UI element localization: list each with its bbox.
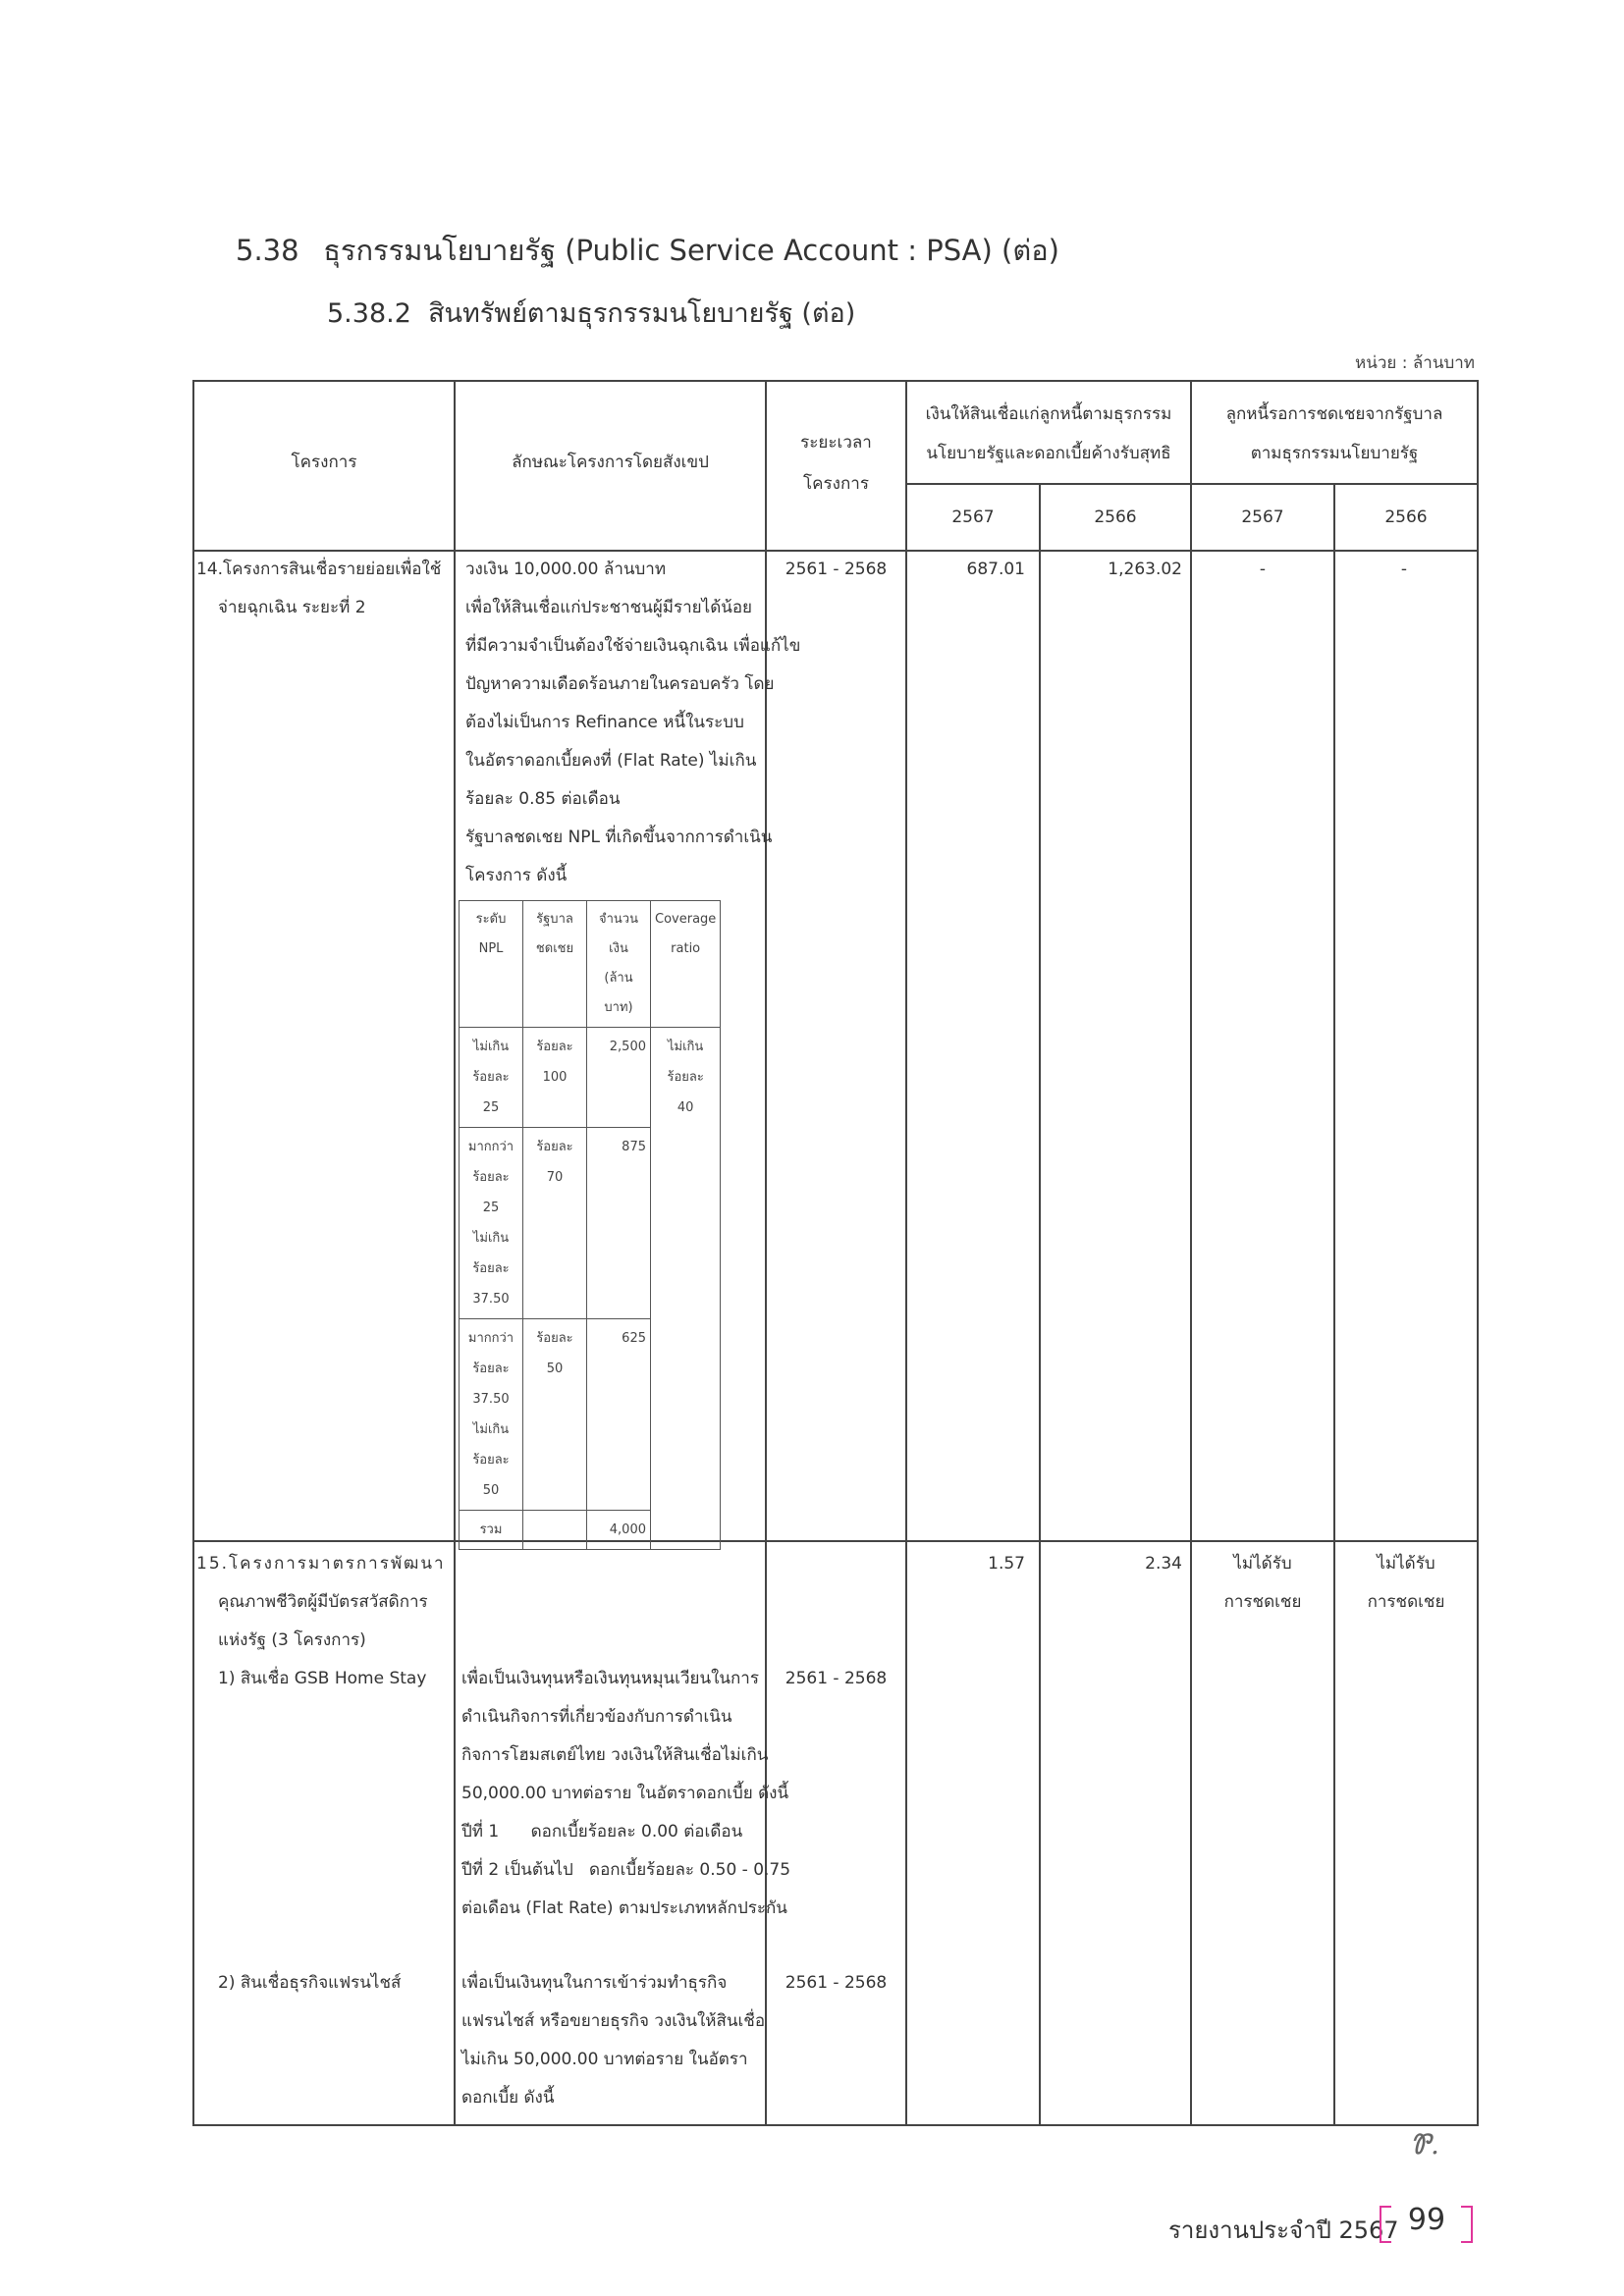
description-line: ที่มีความจำเป็นต้องใช้จ่ายเงินฉุกเฉิน เพ… — [465, 627, 800, 666]
npl-cell-text: ร้อยละ — [527, 1032, 582, 1062]
npl-cell-text: ระดับ — [463, 905, 518, 934]
npl-table-header: ระดับNPL รัฐบาลชดเชย จำนวนเงิน(ล้านบาท) … — [460, 901, 721, 1028]
project-name: 15.โครงการมาตรการพัฒนา — [196, 1545, 446, 1583]
header-year-loans-2566: 2566 — [1041, 499, 1190, 536]
npl-cell-text: 40 — [655, 1093, 716, 1123]
npl-cell-text: 50 — [527, 1354, 582, 1384]
npl-cell-text: รวม — [463, 1515, 518, 1545]
description-line: ต่อเดือน (Flat Rate) ตามประเภทหลักประกัน — [461, 1890, 787, 1928]
header-description: ลักษณะโครงการโดยสังเขป — [456, 444, 765, 481]
npl-header-compensation: รัฐบาลชดเชย — [523, 901, 587, 1028]
subproject-name: 2) สินเชื่อธุรกิจแฟรนไชส์ — [218, 1964, 401, 2002]
npl-cell-text: 50 — [463, 1475, 518, 1506]
npl-cell-text: ร้อยละ — [463, 1445, 518, 1475]
npl-cell-text: 70 — [527, 1162, 582, 1193]
header-subdivider — [905, 483, 1479, 485]
npl-cell-text: ร้อยละ — [463, 1062, 518, 1093]
col-border-7 — [1477, 380, 1479, 2126]
description-line: แฟรนไชส์ หรือขยายธุรกิจ วงเงินให้สินเชื่… — [461, 2002, 765, 2041]
npl-cell-text: ไม่เกิน — [463, 1032, 518, 1062]
receivable-2566: ไม่ได้รับ — [1335, 1545, 1477, 1583]
page-number: 99 — [1402, 2203, 1451, 2237]
npl-cell-text: ร้อยละ — [463, 1162, 518, 1193]
loans-2566: 2.34 — [1041, 1545, 1182, 1583]
npl-coverage-ratio: ไม่เกินร้อยละ40 — [651, 1028, 721, 1550]
npl-cell-text: NPL — [463, 934, 518, 964]
description-line: วงเงิน 10,000.00 ล้านบาท — [465, 551, 666, 589]
description-line: เพื่อเป็นเงินทุนในการเข้าร่วมทำธุรกิจ — [461, 1964, 727, 2002]
header-receivable-1: ลูกหนี้รอการชดเชยจากรัฐบาล — [1192, 396, 1477, 433]
npl-cell-text: 4,000 — [591, 1515, 646, 1545]
npl-cell-text: ชดเชย — [527, 934, 582, 964]
receivable-2566-cont: การชดเชย — [1335, 1583, 1477, 1622]
npl-table-cell: ร้อยละ70 — [523, 1128, 587, 1319]
npl-cell-text: จำนวนเงิน — [591, 905, 646, 964]
npl-cell-text: 37.50 — [463, 1284, 518, 1314]
npl-cell-text: มากกว่า — [463, 1323, 518, 1354]
npl-table-cell: มากกว่าร้อยละ25ไม่เกินร้อยละ37.50 — [460, 1128, 523, 1319]
header-period-2: โครงการ — [767, 465, 905, 503]
npl-table-cell: ไม่เกินร้อยละ25 — [460, 1028, 523, 1128]
npl-cell-text: ร้อยละ — [527, 1132, 582, 1162]
npl-header-level: ระดับNPL — [460, 901, 523, 1028]
description-line: ปัญหาความเดือดร้อนภายในครอบครัว โดย — [465, 666, 774, 704]
col-border-1 — [454, 380, 456, 2126]
npl-cell-text: ไม่เกิน — [655, 1032, 716, 1062]
loans-2567: 687.01 — [907, 551, 1025, 589]
npl-cell-text: ร้อยละ — [655, 1062, 716, 1093]
npl-cell-text: ร้อยละ — [463, 1254, 518, 1284]
npl-table-cell: 4,000 — [587, 1511, 651, 1550]
npl-table-cell: ร้อยละ100 — [523, 1028, 587, 1128]
npl-cell-text: 25 — [463, 1193, 518, 1223]
project-name-cont: แห่งรัฐ (3 โครงการ) — [218, 1622, 366, 1660]
description-line: ร้อยละ 0.85 ต่อเดือน — [465, 780, 620, 819]
npl-cell-text: ratio — [655, 934, 716, 964]
npl-cell-text: 37.50 — [463, 1384, 518, 1415]
page-bracket-right-icon — [1461, 2206, 1473, 2243]
description-line: เพื่อให้สินเชื่อแก่ประชาชนผู้มีรายได้น้อ… — [465, 589, 752, 627]
col-border-3 — [905, 380, 907, 2126]
npl-cell-text: มากกว่า — [463, 1132, 518, 1162]
npl-cell-text: 100 — [527, 1062, 582, 1093]
npl-table-cell: รวม — [460, 1511, 523, 1550]
npl-cell-text: ร้อยละ — [527, 1323, 582, 1354]
description-line: ในอัตราดอกเบี้ยคงที่ (Flat Rate) ไม่เกิน — [465, 742, 756, 780]
subproject-name: 1) สินเชื่อ GSB Home Stay — [218, 1660, 426, 1698]
npl-table-cell: 875 — [587, 1128, 651, 1319]
npl-cell-text: (ล้านบาท) — [591, 964, 646, 1023]
subsection-heading: 5.38.2 สินทรัพย์ตามธุรกรรมนโยบายรัฐ (ต่อ… — [327, 292, 855, 334]
npl-cell-text: ไม่เกิน — [463, 1415, 518, 1445]
description-line: ปีที่ 1 ดอกเบี้ยร้อยละ 0.00 ต่อเดือน — [461, 1813, 742, 1851]
section-title: ธุรกรรมนโยบายรัฐ (Public Service Account… — [323, 234, 1059, 267]
npl-table-cell: มากกว่าร้อยละ37.50ไม่เกินร้อยละ50 — [460, 1319, 523, 1511]
npl-table-cell: 2,500 — [587, 1028, 651, 1128]
npl-header-coverage: Coverageratio — [651, 901, 721, 1028]
description-line: โครงการ ดังนี้ — [465, 857, 567, 895]
description-line: ดำเนินกิจการที่เกี่ยวข้องกับการดำเนิน — [461, 1698, 732, 1736]
table-border-top — [192, 380, 1479, 382]
description-line: ต้องไม่เป็นการ Refinance หนี้ในระบบ — [465, 704, 744, 742]
project-period: 2561 - 2568 — [767, 1660, 905, 1698]
project-period: 2561 - 2568 — [767, 551, 905, 589]
loans-2567: 1.57 — [907, 1545, 1025, 1583]
description-line: 50,000.00 บาทต่อราย ในอัตราดอกเบี้ย ดังน… — [461, 1775, 788, 1813]
header-period-1: ระยะเวลา — [767, 424, 905, 461]
npl-table-cell — [523, 1511, 587, 1550]
unit-label: หน่วย : ล้านบาท — [1355, 349, 1475, 376]
npl-header-amount: จำนวนเงิน(ล้านบาท) — [587, 901, 651, 1028]
col-border-0 — [192, 380, 194, 2126]
description-line: ไม่เกิน 50,000.00 บาทต่อราย ในอัตรา — [461, 2041, 748, 2079]
npl-table-cell: ร้อยละ50 — [523, 1319, 587, 1511]
project-name-cont: คุณภาพชีวิตผู้มีบัตรสวัสดิการ — [218, 1583, 428, 1622]
col-border-5 — [1190, 380, 1192, 2126]
npl-table-cell: 625 — [587, 1319, 651, 1511]
receivable-2567: ไม่ได้รับ — [1192, 1545, 1333, 1583]
npl-cell-text: 2,500 — [591, 1032, 646, 1062]
receivable-2567: - — [1192, 551, 1333, 589]
table-border-bottom — [192, 2124, 1479, 2126]
npl-cell-text: ไม่เกิน — [463, 1223, 518, 1254]
col-border-6 — [1333, 483, 1335, 2126]
npl-cell-text: รัฐบาล — [527, 905, 582, 934]
header-receivable-2: ตามธุรกรรมนโยบายรัฐ — [1192, 435, 1477, 472]
header-year-receivable-2567: 2567 — [1192, 499, 1333, 536]
description-line: เพื่อเป็นเงินทุนหรือเงินทุนหมุนเวียนในกา… — [461, 1660, 759, 1698]
row-divider — [192, 1540, 1479, 1542]
header-loans-1: เงินให้สินเชื่อแก่ลูกหนี้ตามธุรกรรม — [907, 396, 1190, 433]
description-line: ดอกเบี้ย ดังนี้ — [461, 2079, 554, 2117]
npl-cell-text: 875 — [591, 1132, 646, 1162]
project-name-cont: จ่ายฉุกเฉิน ระยะที่ 2 — [218, 589, 366, 627]
header-year-loans-2567: 2567 — [907, 499, 1039, 536]
npl-cell-text: Coverage — [655, 905, 716, 934]
page-bracket-left-icon — [1380, 2206, 1391, 2243]
header-project: โครงการ — [194, 444, 454, 481]
npl-cell-text: 625 — [591, 1323, 646, 1354]
subsection-title: สินทรัพย์ตามธุรกรรมนโยบายรัฐ (ต่อ) — [428, 298, 855, 329]
col-border-4 — [1039, 483, 1041, 2126]
description-line: กิจการโฮมสเตย์ไทย วงเงินให้สินเชื่อไม่เก… — [461, 1736, 768, 1775]
signature-initials: Ꮘ. — [1410, 2128, 1439, 2162]
subsection-number: 5.38.2 — [327, 298, 411, 329]
receivable-2567-cont: การชดเชย — [1192, 1583, 1333, 1622]
project-name: 14.โครงการสินเชื่อรายย่อยเพื่อใช้ — [196, 551, 441, 589]
loans-2566: 1,263.02 — [1041, 551, 1182, 589]
section-number: 5.38 — [236, 234, 314, 267]
receivable-2566: - — [1335, 551, 1473, 589]
npl-cell-text: 25 — [463, 1093, 518, 1123]
footer-report-label: รายงานประจำปี 2567 — [1168, 2211, 1399, 2249]
npl-cell-text: ร้อยละ — [463, 1354, 518, 1384]
header-year-receivable-2566: 2566 — [1335, 499, 1477, 536]
section-heading: 5.38 ธุรกรรมนโยบายรัฐ (Public Service Ac… — [236, 228, 1059, 273]
header-loans-2: นโยบายรัฐและดอกเบี้ยค้างรับสุทธิ — [907, 435, 1190, 472]
project-period: 2561 - 2568 — [767, 1964, 905, 2002]
description-line: รัฐบาลชดเชย NPL ที่เกิดขึ้นจากการดำเนิน — [465, 819, 772, 857]
npl-compensation-table: ระดับNPL รัฐบาลชดเชย จำนวนเงิน(ล้านบาท) … — [459, 900, 721, 1550]
npl-table-row: ไม่เกินร้อยละ25 ร้อยละ100 2,500 ไม่เกินร… — [460, 1028, 721, 1128]
description-line: ปีที่ 2 เป็นต้นไป ดอกเบี้ยร้อยละ 0.50 - … — [461, 1851, 790, 1890]
